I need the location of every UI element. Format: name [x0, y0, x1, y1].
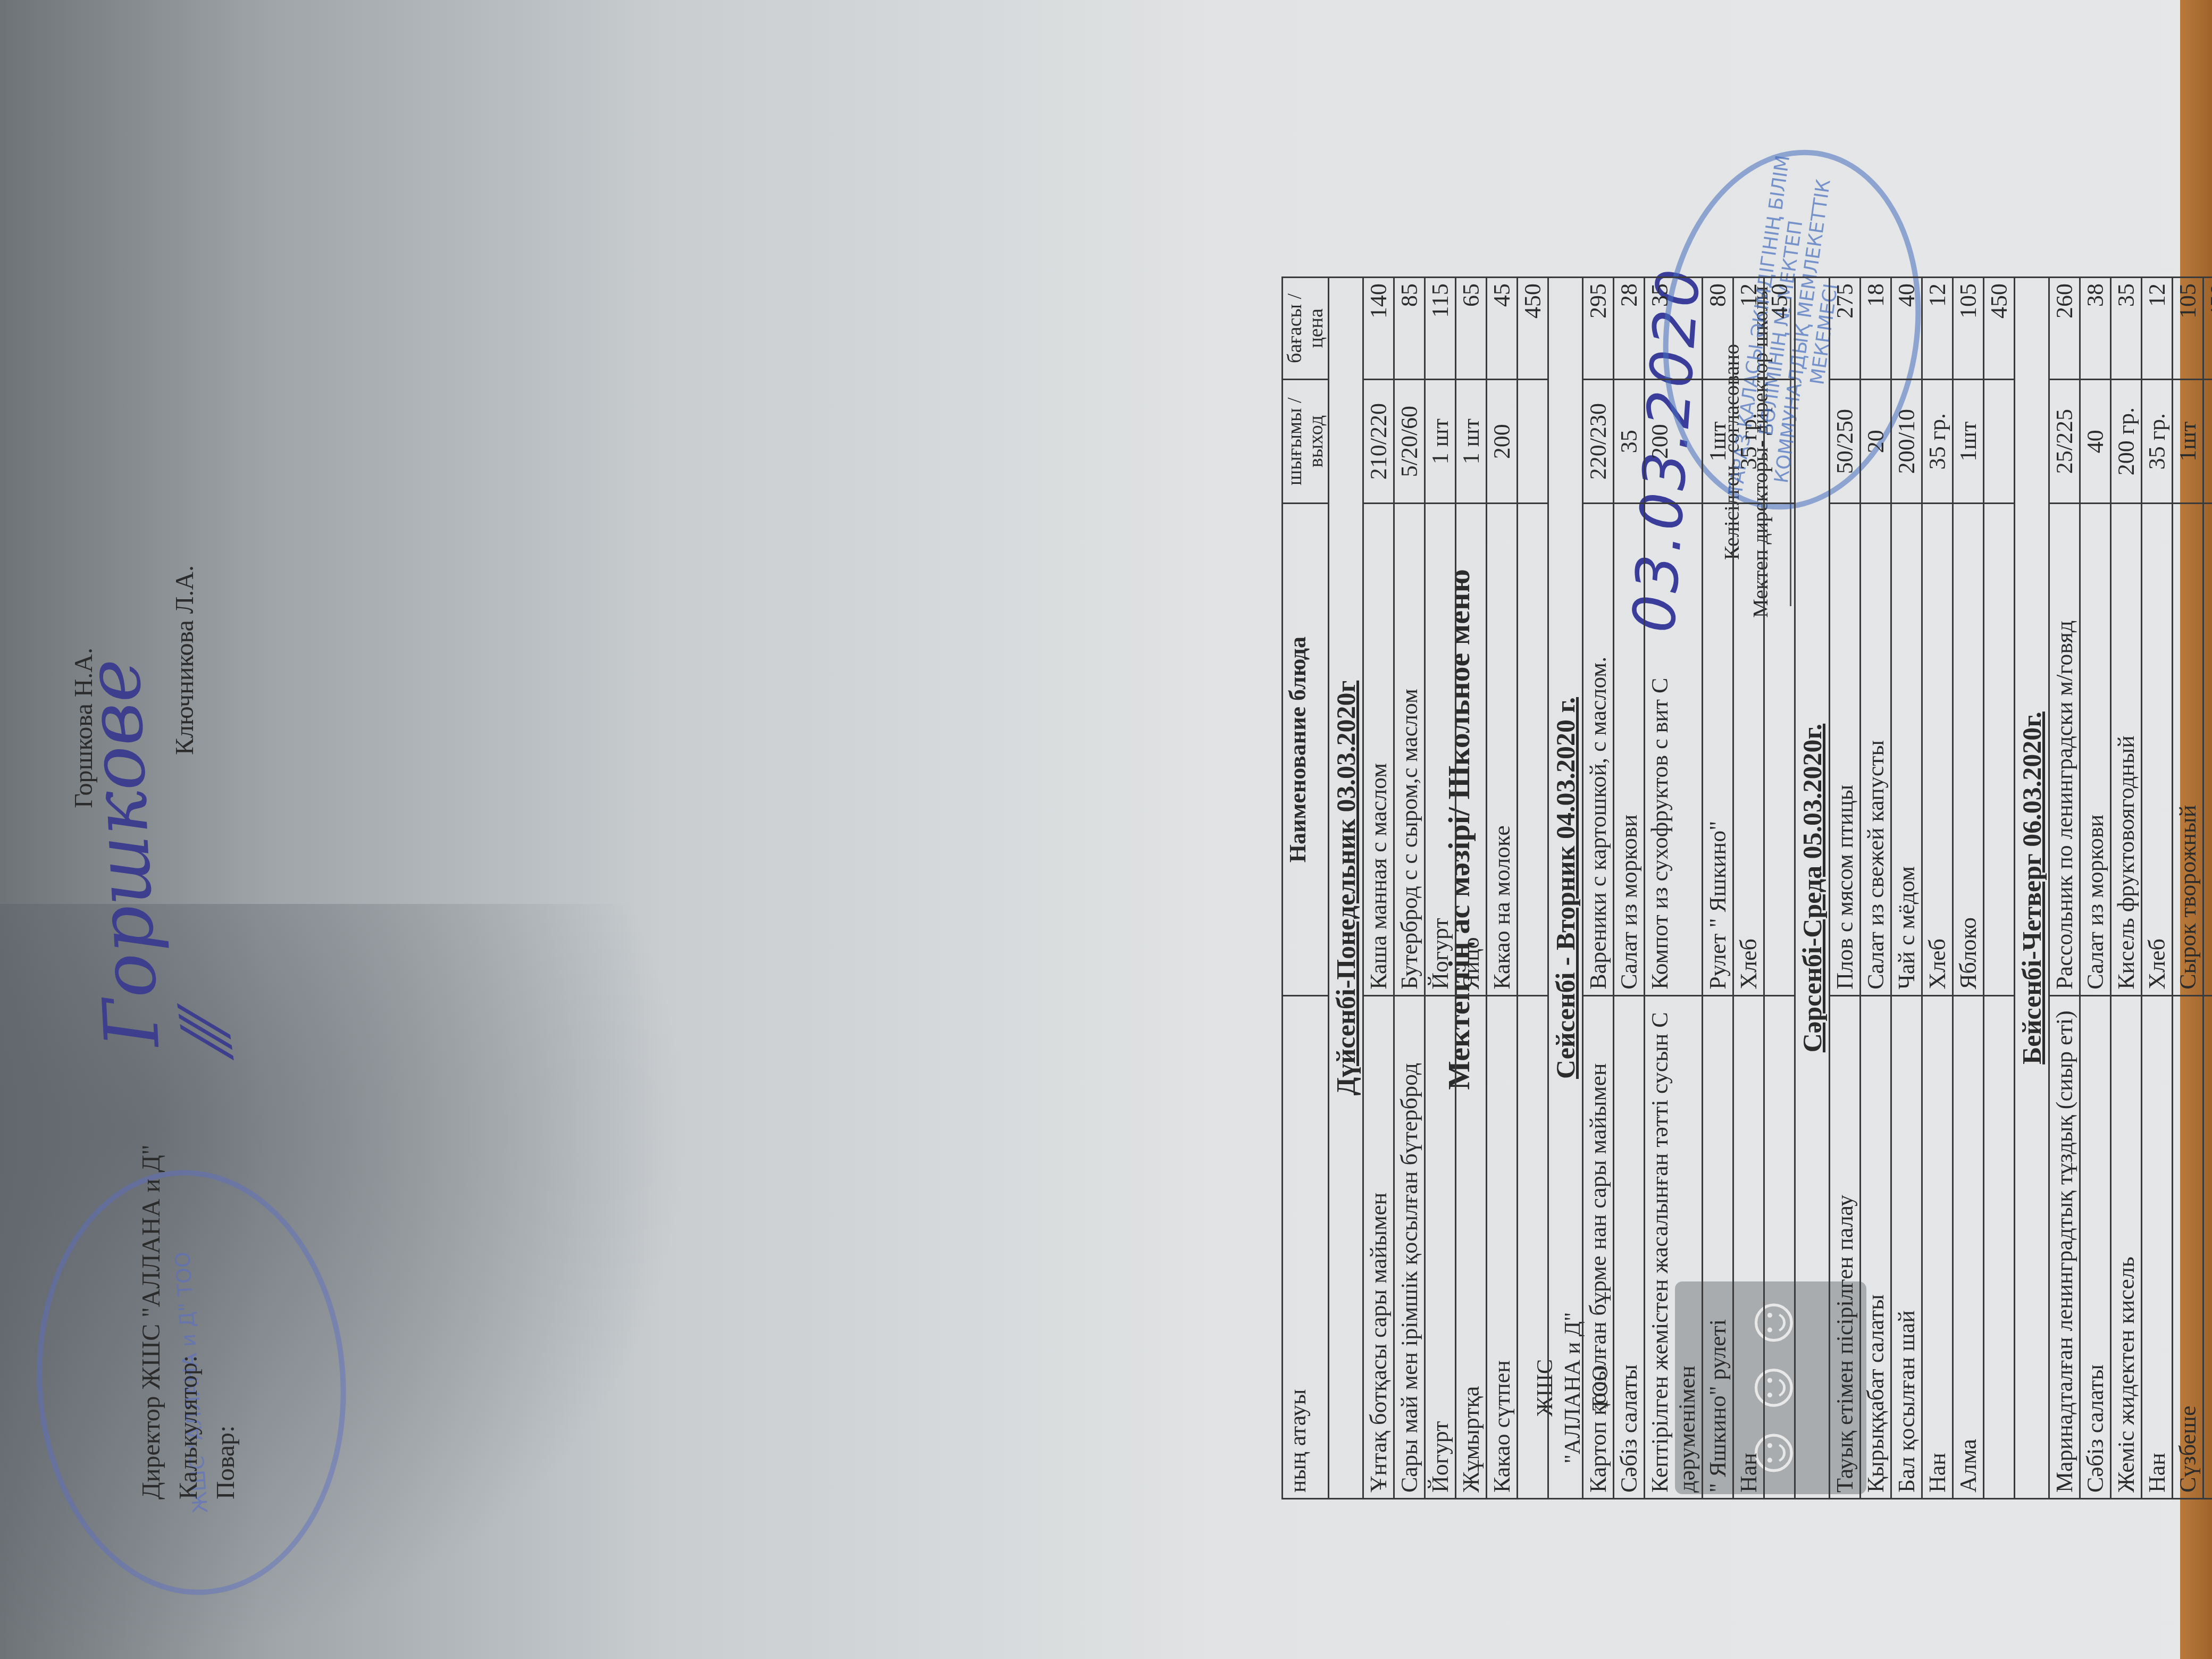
dish-price: 28 [1614, 278, 1645, 380]
dish-name-kz: Жеміс жидектен кисель [2111, 995, 2142, 1498]
dish-output: 200 гр. [2111, 379, 2142, 504]
table-row: Маринадталған ленинградтық тұздық (сиыр … [2049, 278, 2080, 1499]
col-output: шығымы / выход [1283, 379, 1329, 504]
dish-name-kz: Кептірілген жемістен жасалынған тәтті су… [1645, 995, 1703, 1498]
day-heading-row: Сейсенбі - Вторник 04.03.2020 г. [1548, 278, 1583, 1499]
cook-row: Повар: [207, 1144, 245, 1499]
dish-name-ru: Каша манная с маслом [1363, 504, 1394, 995]
day-heading-row: Бейсенбі-Четверг 06.03.2020г. [2015, 278, 2049, 1499]
accountant-signature: Горшкове [70, 657, 177, 1050]
dish-price: 85 [1394, 278, 1425, 380]
day-total-row: 450 [1764, 278, 1795, 1499]
col-name-ru: Наименование блюда [1283, 504, 1329, 995]
dish-output: 1 шт [1425, 379, 1456, 504]
table-row: Кептірілген жемістен жасалынған тәтті су… [1645, 278, 1703, 1499]
dish-name-ru: Хлеб [1733, 504, 1764, 995]
table-row: НанХлеб35 гр.12 [2142, 278, 2173, 1499]
dish-name-kz: Какао сүтпен [1487, 995, 1518, 1498]
dish-name-ru: Хлеб [2142, 504, 2173, 995]
dish-price: 18 [1861, 278, 1891, 380]
day-total: 450 [2203, 278, 2212, 380]
table-row: Қырыққабат салатыСалат из свежей капусты… [1861, 278, 1891, 1499]
dish-price: 12 [2142, 278, 2173, 380]
table-row: НанХлеб35 гр.12 [1922, 278, 1953, 1499]
dish-price: 115 [1425, 278, 1456, 380]
table-row: ЖұмыртқаЯйцо1 шт65 [1456, 278, 1487, 1499]
dish-name-ru: Бутерброд с с сыром,с маслом [1394, 504, 1425, 995]
day-heading-row: Сәрсенбі-Среда 05.03.2020г. [1795, 278, 1830, 1499]
dish-name-ru: Плов с мясом птицы [1830, 504, 1861, 995]
dish-output: 1шт [1703, 379, 1733, 504]
dish-price: 260 [2049, 278, 2080, 380]
dish-output: 40 [2080, 379, 2111, 504]
table-header: ның атауы Наименование блюда шығымы / вы… [1283, 278, 1329, 1499]
dish-name-ru: Рассольник по ленинградски м/говяд [2049, 504, 2080, 995]
dish-price: 295 [1583, 278, 1614, 380]
day-total-row: 450 [1984, 278, 2015, 1499]
director-signature: ⁄⁄⁄ [168, 1010, 246, 1052]
dish-name-kz: Нан [2142, 995, 2173, 1498]
dish-name-kz: Картоп қосылған бұрме нан сары майымен [1583, 995, 1614, 1498]
table-row: Сәбіз салатыСалат из моркови4038 [2080, 278, 2111, 1499]
dish-name-kz: " Яшкино" рулеті [1703, 995, 1733, 1498]
dish-output: 200 [1487, 379, 1518, 504]
col-name-kz: ның атауы [1283, 995, 1329, 1498]
day-heading: Сейсенбі - Вторник 04.03.2020 г. [1551, 697, 1580, 1079]
table-row: АлмаЯблоко1шт105 [1953, 278, 1984, 1499]
dish-price: 65 [1456, 278, 1487, 380]
signatures-block: Директор ЖШС "АЛЛАНА и Д" Калькулятор: П… [133, 1144, 245, 1499]
dish-name-ru: Яйцо [1456, 504, 1487, 995]
table-row: Какао сүтпенКакао на молоке20045 [1487, 278, 1518, 1499]
menu-table: ның атауы Наименование блюда шығымы / вы… [1281, 276, 2212, 1499]
table-row: СүзбешеСырок творожный1шт105 [2173, 278, 2203, 1499]
table-row: Картоп қосылған бұрме нан сары майыменВа… [1583, 278, 1614, 1499]
dish-output: 25/225 [2049, 379, 2080, 504]
accountant-label: Калькулятор: [170, 1355, 207, 1499]
dish-price: 105 [2173, 278, 2203, 380]
dish-output: 1 шт [1456, 379, 1487, 504]
dish-name-kz: Сары май мен ірімшік қосылған бүтерброд [1394, 995, 1425, 1498]
day-total-row: 450 [1518, 278, 1548, 1499]
table-row: Жеміс жидектен кисельКисель фруктовоягод… [2111, 278, 2142, 1499]
dish-output: 50/250 [1830, 379, 1861, 504]
table-row: Сәбіз салатыСалат из моркови3528 [1614, 278, 1645, 1499]
dish-name-kz: Нан [1733, 995, 1764, 1498]
dish-name-ru: Йогурт [1425, 504, 1456, 995]
dish-name-kz: Йогурт [1425, 995, 1456, 1498]
menu-document: ☺☺☺ ЖШС "АЛЛАНА и Д" ТОО 03.03.2020 Келі… [0, 0, 1930, 1659]
table-row: " Яшкино" рулетіРулет " Яшкино"1шт80 [1703, 278, 1733, 1499]
dish-price: 105 [1953, 278, 1984, 380]
dish-price: 45 [1487, 278, 1518, 380]
dish-name-ru: Салат из моркови [1614, 504, 1645, 995]
dish-name-ru: Кисель фруктовоягодный [2111, 504, 2142, 995]
dish-price: 12 [1922, 278, 1953, 380]
dish-output: 35 гр. [2142, 379, 2173, 504]
dish-name-ru: Яблоко [1953, 504, 1984, 995]
dish-price: 140 [1363, 278, 1394, 380]
dish-price: 38 [2080, 278, 2111, 380]
dish-price: 35 [2111, 278, 2142, 380]
table-row: Ұнтақ ботқасы сары майыменКаша манная с … [1363, 278, 1394, 1499]
dish-name-ru: Салат из свежей капусты [1861, 504, 1891, 995]
dish-name-ru: Салат из моркови [2080, 504, 2111, 995]
dish-name-kz: Қырыққабат салаты [1861, 995, 1891, 1498]
dish-name-kz: Жұмыртқа [1456, 995, 1487, 1498]
dish-name-kz: Нан [1922, 995, 1953, 1498]
dish-name-kz: Бал қосылған шай [1891, 995, 1922, 1498]
dish-name-kz: Алма [1953, 995, 1984, 1498]
dish-name-kz: Маринадталған ленинградтық тұздық (сиыр … [2049, 995, 2080, 1498]
director-label: Директор ЖШС "АЛЛАНА и Д" [133, 1144, 170, 1499]
day-heading-row: Дүйсенбі-Понедельник 03.03.2020г [1329, 278, 1363, 1499]
table-row: Бал қосылған шайЧай с мёдом200/1040 [1891, 278, 1922, 1499]
dish-name-ru: Сырок творожный [2173, 504, 2203, 995]
dish-output: 20 [1861, 379, 1891, 504]
dish-name-ru: Компот из сухофруктов с вит С [1645, 504, 1703, 995]
day-heading: Бейсенбі-Четверг 06.03.2020г. [2017, 711, 2047, 1065]
dish-name-ru: Рулет " Яшкино" [1703, 504, 1733, 995]
day-total: 450 [1518, 278, 1548, 380]
dish-output: 35 гр. [1733, 379, 1764, 504]
dish-name-kz: Сәбіз салаты [1614, 995, 1645, 1498]
dish-name-kz: Сәбіз салаты [2080, 995, 2111, 1498]
dish-name-ru: Хлеб [1922, 504, 1953, 995]
dish-price: 12 [1733, 278, 1764, 380]
cook-label: Повар: [207, 1426, 245, 1499]
dish-name-kz: Сүзбеше [2173, 995, 2203, 1498]
dish-price: 40 [1891, 278, 1922, 380]
dish-output: 1шт [2173, 379, 2203, 504]
day-heading: Сәрсенбі-Среда 05.03.2020г. [1797, 724, 1827, 1052]
menu-body: Дүйсенбі-Понедельник 03.03.2020гҰнтақ бо… [1329, 278, 2212, 1499]
director-name: Ключникова Л.А. [170, 565, 199, 755]
day-heading: Дүйсенбі-Понедельник 03.03.2020г [1331, 681, 1361, 1095]
dish-output: 200 [1645, 379, 1703, 504]
dish-output: 5/20/60 [1394, 379, 1425, 504]
dish-output: 1шт [1953, 379, 1984, 504]
director-row: Директор ЖШС "АЛЛАНА и Д" [133, 1144, 170, 1499]
dish-name-kz: Ұнтақ ботқасы сары майымен [1363, 995, 1394, 1498]
dish-output: 220/230 [1583, 379, 1614, 504]
dish-price: 80 [1703, 278, 1733, 380]
dish-price: 275 [1830, 278, 1861, 380]
table-row: НанХлеб35 гр.12 [1733, 278, 1764, 1499]
dish-output: 35 [1614, 379, 1645, 504]
dish-name-kz: Тауық етімен пісірілген палау [1830, 995, 1861, 1498]
dish-name-ru: Чай с мёдом [1891, 504, 1922, 995]
table-row: ЙогуртЙогурт1 шт115 [1425, 278, 1456, 1499]
dish-name-ru: Вареники с картошкой, с маслом. [1583, 504, 1614, 995]
dish-output: 200/10 [1891, 379, 1922, 504]
day-total: 450 [1984, 278, 2015, 380]
day-total: 450 [1764, 278, 1795, 380]
dish-name-ru: Какао на молоке [1487, 504, 1518, 995]
dish-output: 35 гр. [1922, 379, 1953, 504]
accountant-row: Калькулятор: [170, 1144, 207, 1499]
col-price: бағасы / цена [1283, 278, 1329, 380]
day-total-row: 450 [2203, 278, 2212, 1499]
table-row: Тауық етімен пісірілген палауПлов с мясо… [1830, 278, 1861, 1499]
table-row: Сары май мен ірімшік қосылған бүтербродБ… [1394, 278, 1425, 1499]
dish-output: 210/220 [1363, 379, 1394, 504]
dish-price: 35 [1645, 278, 1703, 380]
